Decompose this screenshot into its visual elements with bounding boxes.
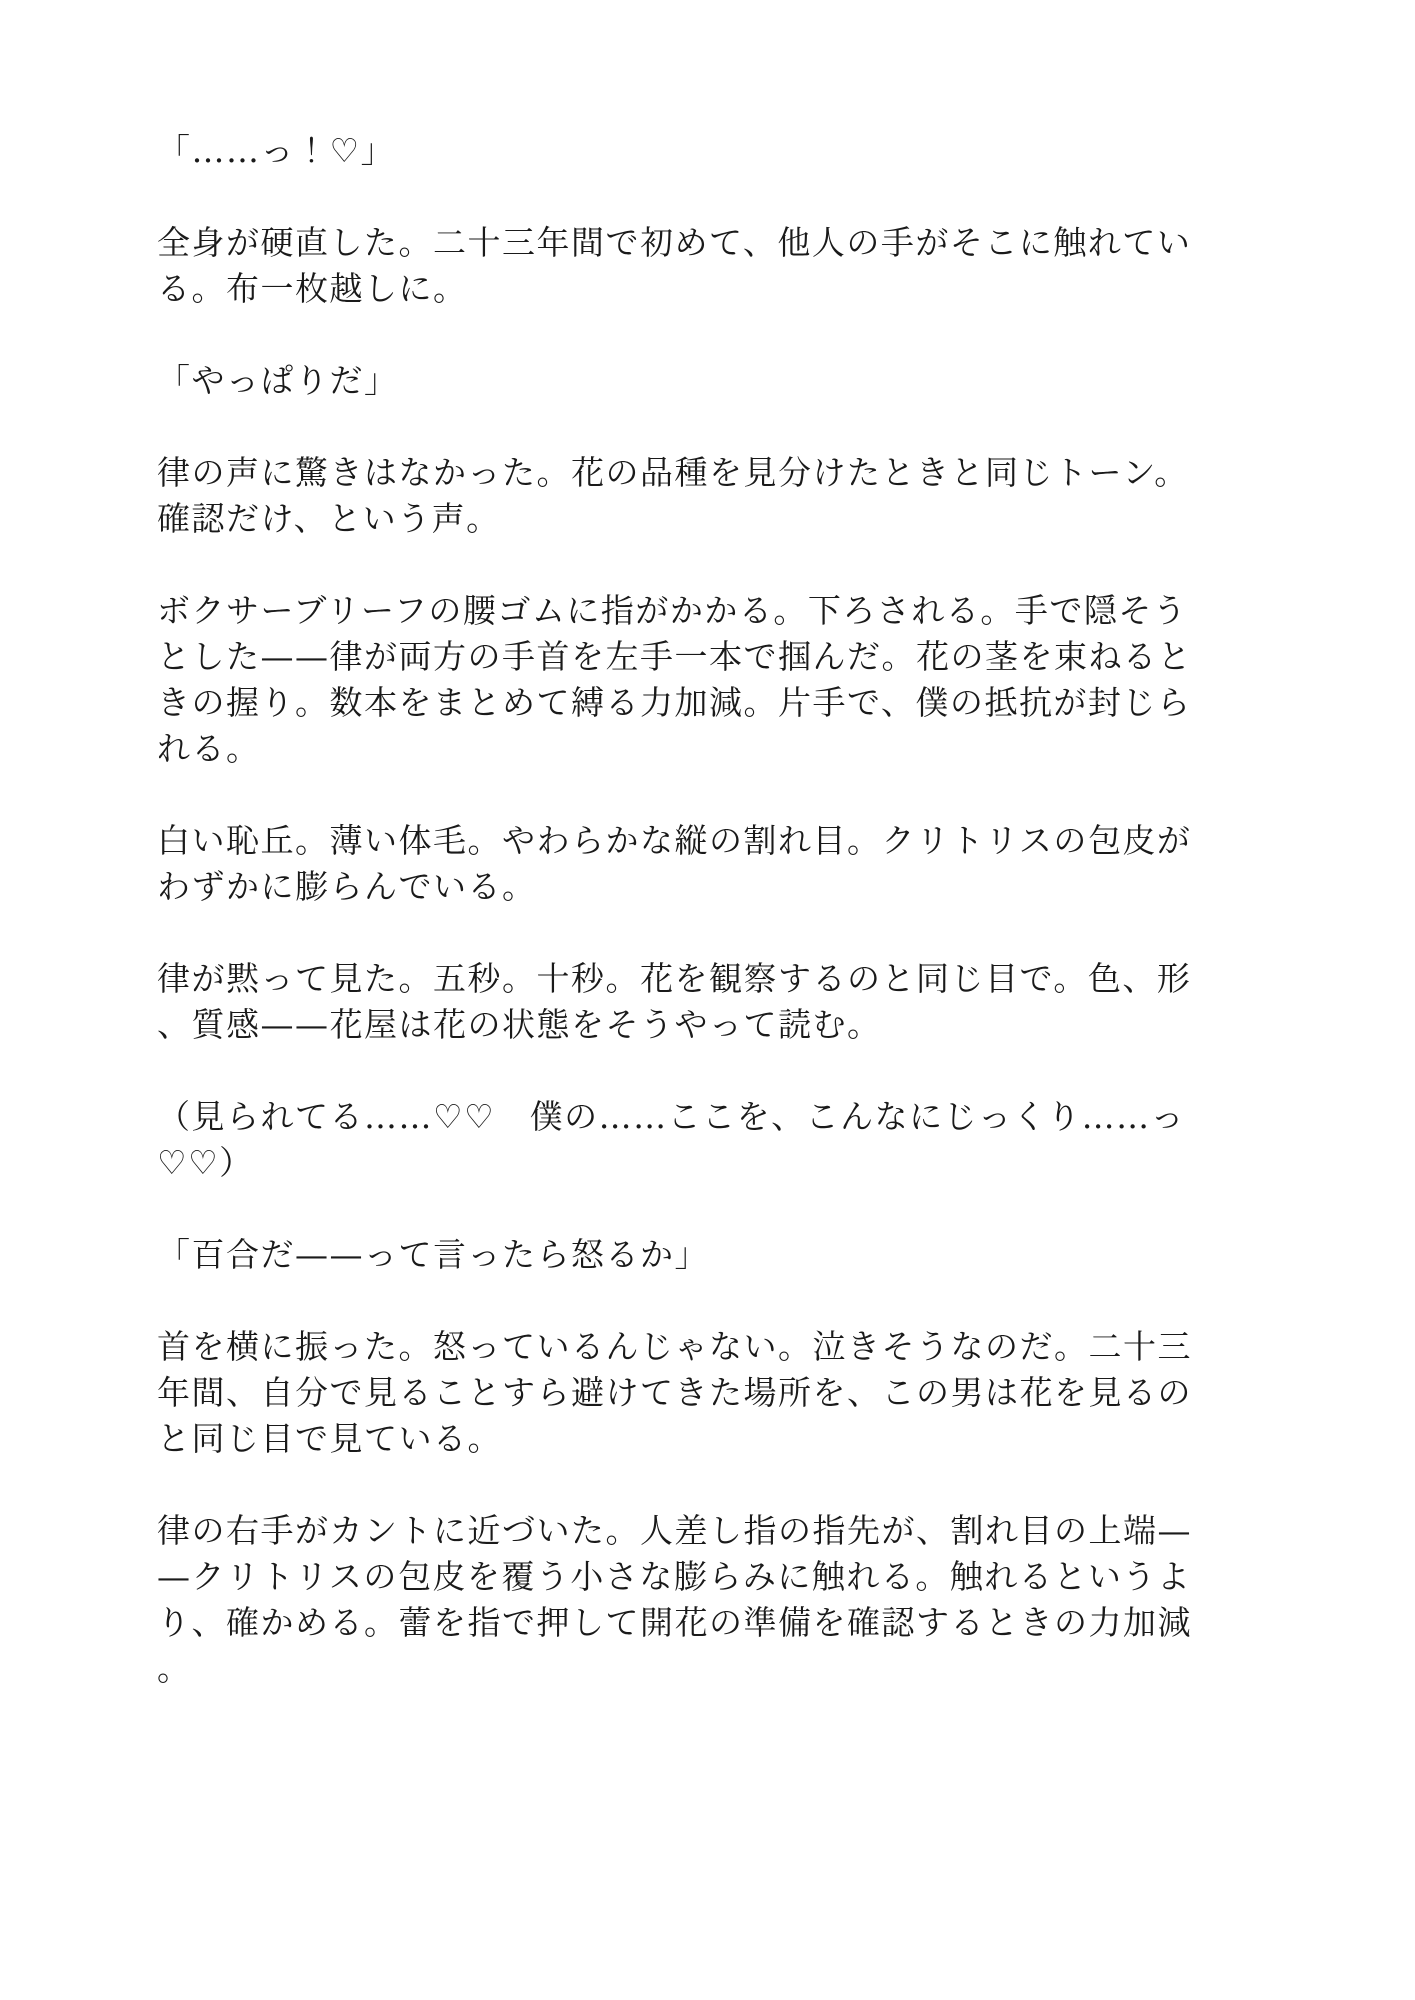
paragraph-dialogue: 「やっぱりだ」 xyxy=(157,358,1267,404)
paragraph-narration: 首を横に振った。怒っているんじゃない。泣きそうなのだ。二十三 年間、自分で見るこ… xyxy=(157,1324,1267,1462)
paragraph-narration: 律の声に驚きはなかった。花の品種を見分けたときと同じトーン。 確認だけ、という声… xyxy=(157,450,1267,542)
document-page: 「……っ！♡」全身が硬直した。二十三年間で初めて、他人の手がそこに触れてい る。… xyxy=(0,0,1415,2000)
paragraph-inner-thought: （見られてる……♡♡ 僕の……ここを、こんなにじっくり……っ ♡♡） xyxy=(157,1094,1267,1186)
paragraph-dialogue: 「百合だ——って言ったら怒るか」 xyxy=(157,1232,1267,1278)
paragraph-dialogue: 「……っ！♡」 xyxy=(157,128,1267,174)
paragraph-narration: ボクサーブリーフの腰ゴムに指がかかる。下ろされる。手で隠そう とした——律が両方… xyxy=(157,588,1267,772)
prose-text-block: 「……っ！♡」全身が硬直した。二十三年間で初めて、他人の手がそこに触れてい る。… xyxy=(157,128,1267,1692)
paragraph-narration: 律の右手がカントに近づいた。人差し指の指先が、割れ目の上端— —クリトリスの包皮… xyxy=(157,1508,1267,1692)
paragraph-narration: 律が黙って見た。五秒。十秒。花を観察するのと同じ目で。色、形 、質感——花屋は花… xyxy=(157,956,1267,1048)
paragraph-narration: 全身が硬直した。二十三年間で初めて、他人の手がそこに触れてい る。布一枚越しに。 xyxy=(157,220,1267,312)
paragraph-narration: 白い恥丘。薄い体毛。やわらかな縦の割れ目。クリトリスの包皮が わずかに膨らんでい… xyxy=(157,818,1267,910)
